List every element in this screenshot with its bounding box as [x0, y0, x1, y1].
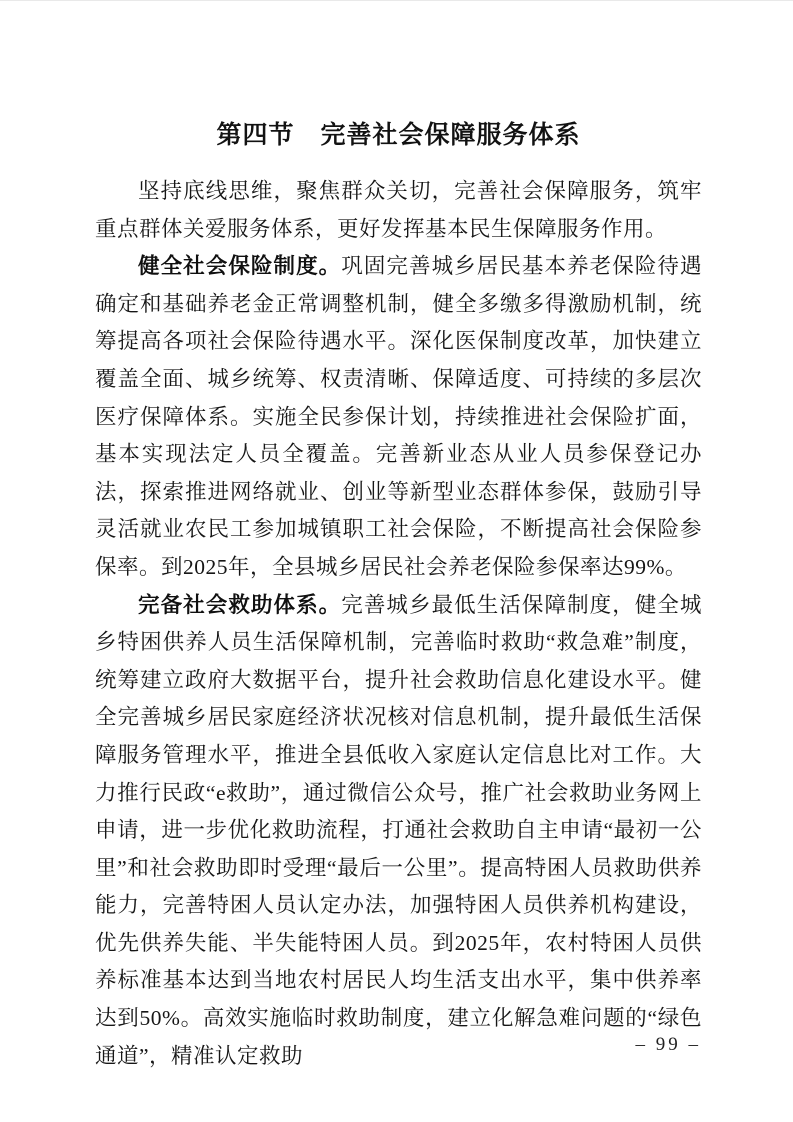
paragraph-text: 坚持底线思维，聚焦群众关切，完善社会保障服务，筑牢重点群体关爱服务体系，更好发挥…: [95, 179, 702, 241]
paragraph-text: 巩固完善城乡居民基本养老保险待遇确定和基础养老金正常调整机制，健全多缴多得激励机…: [95, 254, 702, 579]
paragraph: 坚持底线思维，聚焦群众关切，完善社会保障服务，筑牢重点群体关爱服务体系，更好发挥…: [95, 173, 702, 248]
document-page: 第四节 完善社会保障服务体系 坚持底线思维，聚焦群众关切，完善社会保障服务，筑牢…: [0, 0, 793, 1122]
paragraph: 健全社会保险制度。巩固完善城乡居民基本养老保险待遇确定和基础养老金正常调整机制，…: [95, 248, 702, 586]
paragraph-lead: 完备社会救助体系。: [138, 593, 341, 617]
section-title: 第四节 完善社会保障服务体系: [95, 119, 702, 151]
document-content: 第四节 完善社会保障服务体系 坚持底线思维，聚焦群众关切，完善社会保障服务，筑牢…: [95, 119, 702, 1075]
paragraph: 完备社会救助体系。完善城乡最低生活保障制度，健全城乡特困供养人员生活保障机制，完…: [95, 587, 702, 1076]
paragraph-lead: 健全社会保险制度。: [138, 254, 341, 278]
page-number: – 99 –: [636, 1034, 702, 1056]
paragraph-text: 完善城乡最低生活保障制度，健全城乡特困供养人员生活保障机制，完善临时救助“救急难…: [95, 593, 702, 1068]
